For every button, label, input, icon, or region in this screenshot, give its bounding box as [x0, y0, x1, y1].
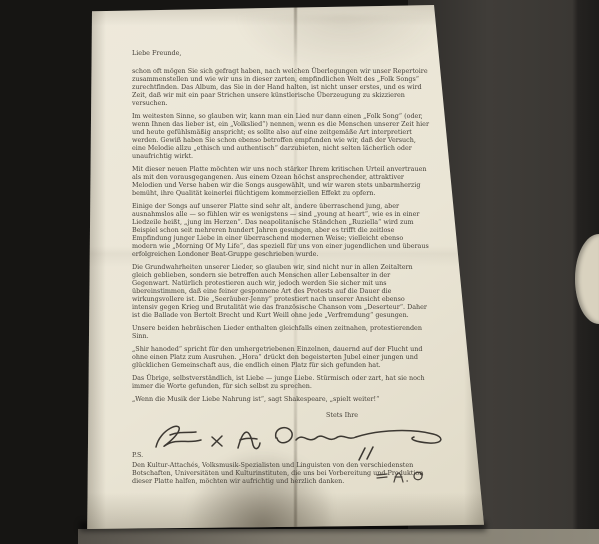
letter-paragraph: Im weitesten Sinne, so glauben wir, kann… [132, 112, 430, 160]
letter-paragraph: schon oft mögen Sie sich gefragt haben, … [132, 67, 430, 107]
letter-sheet: Liebe Freunde, schon oft mögen Sie sich … [84, 5, 484, 529]
letter-paragraphs: schon oft mögen Sie sich gefragt haben, … [132, 67, 430, 403]
bottom-surface [78, 529, 599, 544]
handwritten-initials [376, 463, 428, 491]
ps-label: P.S. [132, 451, 430, 459]
letter-paragraph: „Shir hanoded“ spricht für den umhergetr… [132, 345, 430, 369]
letter-text: Liebe Freunde, schon oft mögen Sie sich … [132, 49, 430, 485]
letter-paragraph: Die Grundwahrheiten unserer Lieder, so g… [132, 263, 430, 319]
salutation: Liebe Freunde, [132, 49, 430, 57]
photo-backdrop: Liebe Freunde, schon oft mögen Sie sich … [0, 0, 599, 544]
letter-paragraph: Das Übrige, selbstverständlich, ist Lieb… [132, 374, 430, 390]
letter-paragraph: Unsere beiden hebräischen Lieder enthalt… [132, 324, 430, 340]
letter-paragraph: Mit dieser neuen Platte möchten wir uns … [132, 165, 430, 197]
letter-paragraph: „Wenn die Musik der Liebe Nahrung ist“, … [132, 395, 430, 403]
letter-paragraph: Einige der Songs auf unserer Platte sind… [132, 202, 430, 258]
